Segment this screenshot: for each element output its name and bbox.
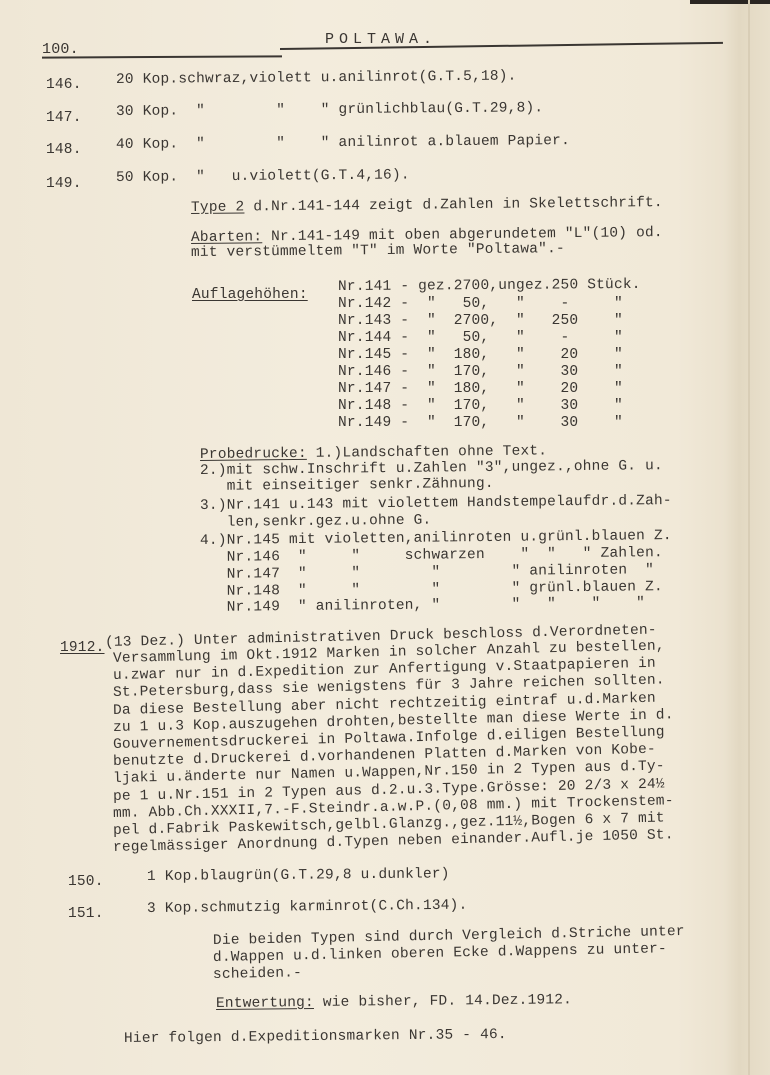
document-page: 100. POLTAWA. 146. 20 Kop.schwraz,violet…: [0, 0, 770, 1075]
type2-text: d.Nr.141-144 zeigt d.Zahlen in Skelettsc…: [244, 195, 663, 215]
stamp-number: 151.: [68, 906, 104, 922]
entwertung-text: wie bisher, FD. 14.Dez.1912.: [314, 992, 572, 1011]
auflage-label: Auflagehöhen:: [192, 287, 308, 303]
stamp-description: 40 Kop. " " " anilinrot a.blauem Papier.: [116, 133, 570, 153]
probedrucke-line: mit einseitiger senkr.Zähnung.: [200, 476, 494, 495]
abarten-line: mit verstümmeltem "T" im Worte "Poltawa"…: [191, 241, 565, 261]
stamp-description: 20 Kop.schwraz,violett u.anilinrot(G.T.5…: [116, 69, 517, 88]
stamp-description: 3 Kop.schmutzig karminrot(C.Ch.134).: [147, 898, 468, 917]
type2-note: Type 2 d.Nr.141-144 zeigt d.Zahlen in Sk…: [191, 195, 663, 216]
year-label: 1912.: [60, 640, 105, 656]
stamp-number: 146.: [46, 77, 82, 93]
entwertung-note: Entwertung: wie bisher, FD. 14.Dez.1912.: [216, 992, 572, 1012]
auflage-row: Nr.149 - " 170, " 30 ": [338, 415, 623, 431]
probedrucke-line: 3.)Nr.141 u.143 mit violettem Handstempe…: [200, 493, 672, 514]
auflage-row: Nr.147 - " 180, " 20 ": [338, 381, 623, 397]
stamp-number: 149.: [46, 176, 82, 192]
header-rule-left: [42, 55, 282, 58]
probedrucke-label: Probedrucke:: [200, 446, 307, 463]
probedrucke-line: Nr.149 " anilinroten, " " " " ": [200, 595, 645, 616]
stamp-number: 147.: [46, 110, 82, 126]
stamp-description: 30 Kop. " " " grünlichblau(G.T.29,8).: [116, 100, 543, 120]
page-binding-edge: [748, 0, 750, 1075]
stamp-description: 50 Kop. " u.violett(G.T.4,16).: [116, 167, 410, 186]
stamp-number: 148.: [46, 142, 82, 158]
type2-label: Type 2: [191, 199, 245, 216]
entwertung-label: Entwertung:: [216, 995, 314, 1012]
scan-shadow: [690, 0, 770, 4]
auflage-row: Nr.144 - " 50, " - ": [338, 330, 623, 346]
auflage-row: Nr.148 - " 170, " 30 ": [338, 398, 623, 414]
auflage-row: Nr.146 - " 170, " 30 ": [338, 364, 623, 380]
auflage-row: Nr.145 - " 180, " 20 ": [338, 347, 623, 363]
footer-note: Hier folgen d.Expeditionsmarken Nr.35 - …: [124, 1027, 507, 1047]
auflage-row: Nr.142 - " 50, " - ": [338, 296, 623, 312]
probedrucke-line: len,senkr.gez.u.ohne G.: [200, 513, 432, 531]
auflage-row: Nr.143 - " 2700, " 250 ": [338, 313, 623, 329]
stamp-description: 1 Kop.blaugrün(G.T.29,8 u.dunkler): [147, 866, 450, 885]
note-line: scheiden.-: [213, 965, 302, 983]
stamp-number: 150.: [68, 874, 104, 890]
auflage-row: Nr.141 - gez.2700,ungez.250 Stück.: [338, 277, 641, 295]
